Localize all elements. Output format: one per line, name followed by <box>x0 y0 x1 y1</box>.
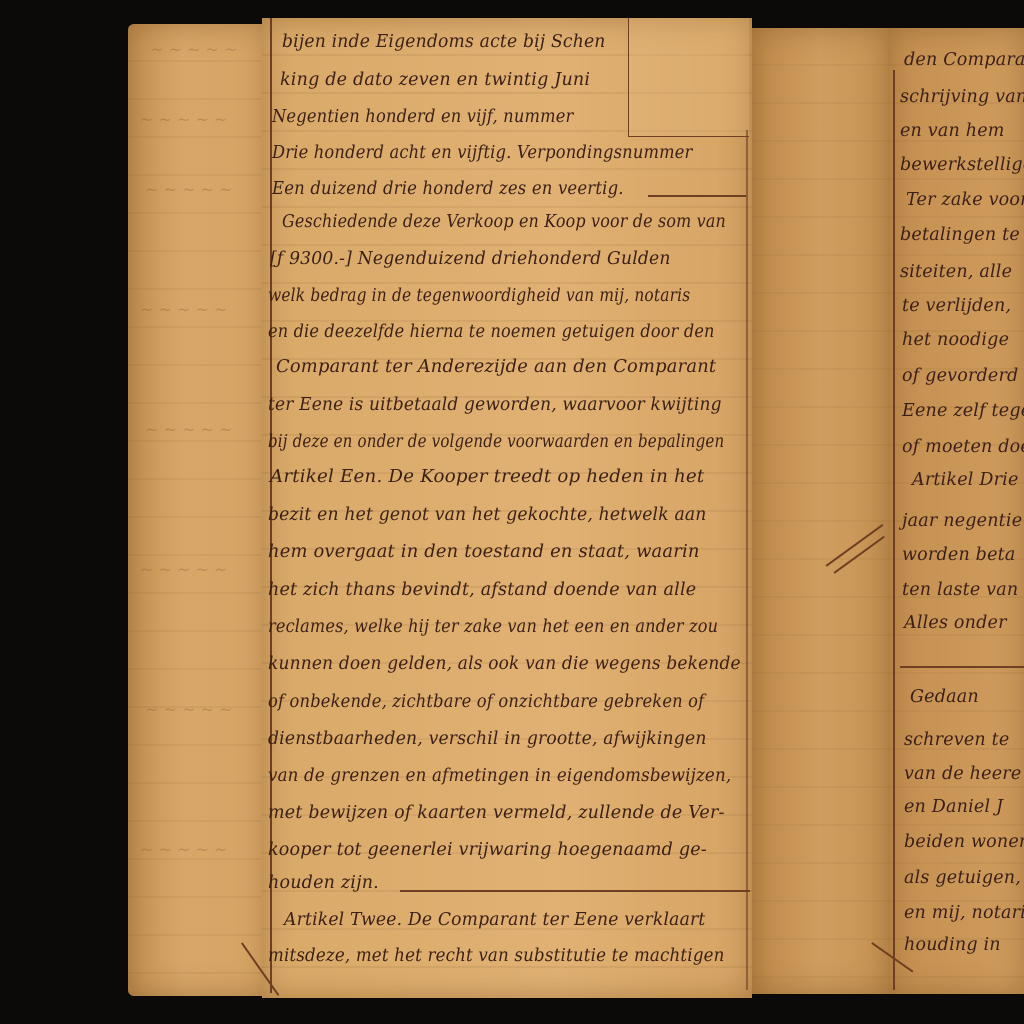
text-line: Artikel Een. De Kooper treedt op heden i… <box>270 467 704 487</box>
text-line: ten laste van <box>902 580 1018 600</box>
bleed-through-text: ~ ~ ~ ~ ~ <box>145 180 232 199</box>
text-line: bijen inde Eigendoms acte bij Schen <box>282 32 606 52</box>
text-line: Artikel Drie <box>912 470 1019 490</box>
text-line: welk bedrag in de tegenwoordigheid van m… <box>268 286 690 306</box>
bleed-through-text: ~ ~ ~ ~ ~ <box>145 420 232 439</box>
text-line: Alles onder <box>904 613 1007 633</box>
text-line: en van hem <box>900 121 1005 141</box>
text-line: beiden wonen <box>904 832 1024 852</box>
text-line: schreven te <box>904 730 1009 750</box>
main-page-right-rule <box>746 130 748 990</box>
text-line: het zich thans bevindt, afstand doende v… <box>268 580 696 600</box>
folded-page-strip <box>752 28 888 994</box>
text-line: siteiten, alle <box>900 262 1012 282</box>
text-line: Geschiedende deze Verkoop en Koop voor d… <box>282 212 726 232</box>
text-line: bij deze en onder de volgende voorwaarde… <box>268 432 724 452</box>
text-line: mitsdeze, met het recht van substitutie … <box>268 946 725 966</box>
text-line: of moeten doe <box>902 437 1024 457</box>
bleed-through-text: ~ ~ ~ ~ ~ <box>145 700 232 719</box>
text-line: en Daniel J <box>904 797 1003 817</box>
text-line: met bewijzen of kaarten vermeld, zullend… <box>268 803 725 823</box>
text-line: Negentien honderd en vijf, nummer <box>272 107 574 127</box>
text-line: ter Eene is uitbetaald geworden, waarvoo… <box>268 395 722 415</box>
text-line: of gevorderd <box>902 366 1018 386</box>
text-line: worden beta <box>902 545 1016 565</box>
text-line: schrijving van <box>900 87 1024 107</box>
text-line: Drie honderd acht en vijftig. Verponding… <box>272 143 693 163</box>
text-line: te verlijden, <box>902 296 1011 316</box>
text-line: jaar negentie <box>902 511 1022 531</box>
line-filler-rule <box>648 195 746 197</box>
text-line: Comparant ter Anderezijde aan den Compar… <box>276 357 716 377</box>
text-line: van de heere <box>904 764 1021 784</box>
text-line: bezit en het genot van het gekochte, het… <box>268 505 707 525</box>
text-line: kunnen doen gelden, als ook van die wege… <box>268 654 741 674</box>
right-page-margin-rule <box>893 70 895 990</box>
text-line: Gedaan <box>910 687 979 707</box>
text-line: houden zijn. <box>268 873 379 893</box>
text-line: kooper tot geenerlei vrijwaring hoegenaa… <box>268 840 707 860</box>
text-line: van de grenzen en afmetingen in eigendom… <box>268 766 731 786</box>
bleed-through-text: ~ ~ ~ ~ ~ <box>140 110 227 129</box>
text-line: king de dato zeven en twintig Juni <box>280 70 590 90</box>
text-line: dienstbaarheden, verschil in grootte, af… <box>268 729 707 749</box>
text-line: [ƒ 9300.-] Negenduizend driehonderd Guld… <box>270 249 671 269</box>
text-line: en mij, notari <box>904 903 1024 923</box>
text-line: en die deezelfde hierna te noemen getuig… <box>268 322 715 342</box>
text-line: houding in <box>904 935 1001 955</box>
bleed-through-text: ~ ~ ~ ~ ~ <box>150 40 237 59</box>
text-line: Een duizend drie honderd zes en veertig. <box>272 179 624 199</box>
text-line: betalingen te <box>900 225 1020 245</box>
text-line: als getuigen, <box>904 868 1021 888</box>
section-divider-rule <box>900 666 1024 668</box>
bleed-through-text: ~ ~ ~ ~ ~ <box>140 840 227 859</box>
text-line: bewerkstelligen <box>900 155 1024 175</box>
bleed-through-text: ~ ~ ~ ~ ~ <box>140 560 227 579</box>
text-line: of onbekende, zichtbare of onzichtbare g… <box>268 692 704 712</box>
text-line: Eene zelf tege <box>902 401 1024 421</box>
text-line: hem overgaat in den toestand en staat, w… <box>268 542 700 562</box>
stamp-box <box>628 18 749 137</box>
text-line: den Compara <box>904 50 1024 70</box>
line-filler-rule <box>400 890 750 892</box>
text-line: reclames, welke hij ter zake van het een… <box>268 617 718 637</box>
text-line: Ter zake voor <box>906 190 1024 210</box>
bleed-through-text: ~ ~ ~ ~ ~ <box>140 300 227 319</box>
text-line: het noodige <box>902 330 1009 350</box>
text-line: Artikel Twee. De Comparant ter Eene verk… <box>284 910 706 930</box>
